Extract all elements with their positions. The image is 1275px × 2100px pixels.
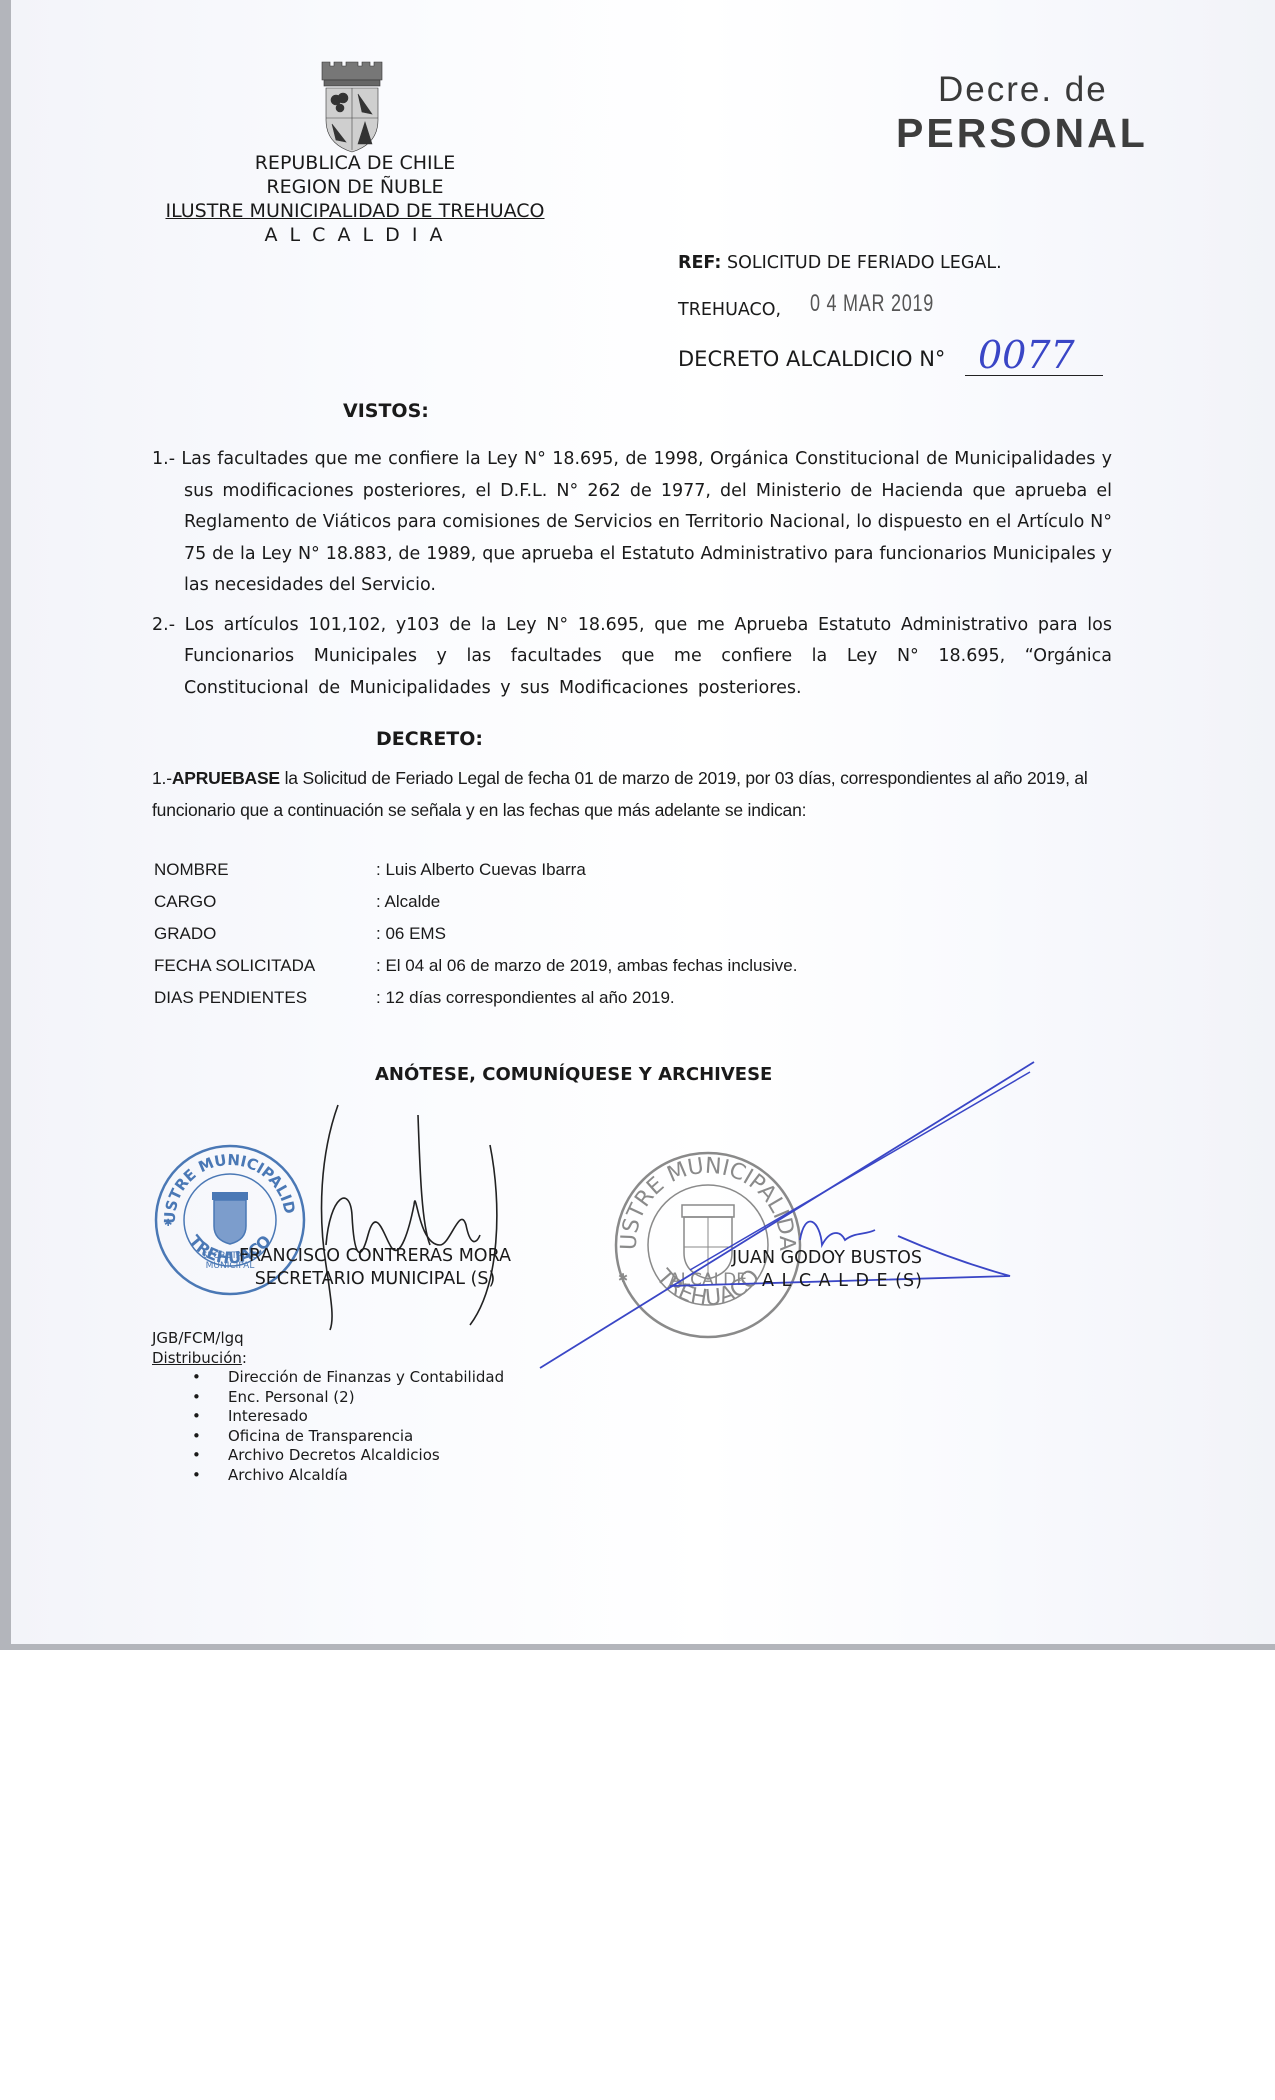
details-row: FECHA SOLICITADA : El 04 al 06 de marzo … <box>154 956 797 988</box>
details-value: : 06 EMS <box>376 924 446 956</box>
distribution-item: Dirección de Finanzas y Contabilidad <box>192 1368 504 1388</box>
details-value: : El 04 al 06 de marzo de 2019, ambas fe… <box>376 956 797 988</box>
distribution-list: Dirección de Finanzas y Contabilidad Enc… <box>152 1368 504 1486</box>
decreto-item-prefix: 1.- <box>152 768 172 788</box>
decreto-item-text: la Solicitud de Feriado Legal de fecha 0… <box>152 768 1088 820</box>
vistos-item-1: 1.- Las facultades que me confiere la Le… <box>152 444 1112 602</box>
details-label: CARGO <box>154 892 376 924</box>
details-value: : Alcalde <box>376 892 440 924</box>
header-municipality: ILUSTRE MUNICIPALIDAD DE TREHUACO <box>160 199 550 223</box>
ref-label: REF: <box>678 253 721 273</box>
mayor-signature <box>530 1050 1070 1380</box>
secretary-name: FRANCISCO CONTRERAS MORA <box>235 1245 515 1268</box>
details-label: NOMBRE <box>154 860 376 892</box>
decreto-item-1: 1.-APRUEBASE la Solicitud de Feriado Leg… <box>152 763 1112 826</box>
details-value: : 12 días correspondientes al año 2019. <box>376 988 675 1020</box>
distribution-item: Archivo Decretos Alcaldicios <box>192 1446 504 1466</box>
mayor-name: JUAN GODOY BUSTOS <box>732 1247 922 1270</box>
details-row: GRADO : 06 EMS <box>154 924 797 956</box>
header-country: REPUBLICA DE CHILE <box>160 151 550 175</box>
stamp-line-1: Decre. de <box>938 70 1108 110</box>
distribution-item: Interesado <box>192 1407 504 1427</box>
details-label: GRADO <box>154 924 376 956</box>
secretary-signature <box>290 1095 520 1335</box>
decreto-item-keyword: APRUEBASE <box>172 768 280 788</box>
details-label: DIAS PENDIENTES <box>154 988 376 1020</box>
distribution-item: Archivo Alcaldía <box>192 1466 504 1486</box>
decree-number-label: DECRETO ALCALDICIO N° <box>678 347 945 371</box>
header-region: REGION DE ÑUBLE <box>160 175 550 199</box>
details-row: DIAS PENDIENTES : 12 días correspondient… <box>154 988 797 1020</box>
details-label: FECHA SOLICITADA <box>154 956 376 988</box>
mayor-title: A L C A L D E (S) <box>762 1270 923 1293</box>
vistos-heading: VISTOS: <box>343 400 429 422</box>
initials: JGB/FCM/lgq <box>152 1328 504 1348</box>
distribution-block: JGB/FCM/lgq Distribución: Dirección de F… <box>152 1328 504 1486</box>
details-table: NOMBRE : Luis Alberto Cuevas Ibarra CARG… <box>154 860 797 1020</box>
stamp-line-2: PERSONAL <box>896 110 1148 157</box>
details-row: NOMBRE : Luis Alberto Cuevas Ibarra <box>154 860 797 892</box>
details-row: CARGO : Alcalde <box>154 892 797 924</box>
municipal-crest-icon <box>316 58 388 154</box>
distribution-label: Distribución <box>152 1349 242 1367</box>
ref-text: SOLICITUD DE FERIADO LEGAL. <box>727 253 1002 273</box>
details-value: : Luis Alberto Cuevas Ibarra <box>376 860 586 892</box>
distribution-item: Enc. Personal (2) <box>192 1388 504 1408</box>
vistos-list: 1.- Las facultades que me confiere la Le… <box>152 444 1112 704</box>
ref-line: REF: SOLICITUD DE FERIADO LEGAL. <box>678 253 1002 273</box>
place-label: TREHUACO, <box>678 300 781 320</box>
date-stamp: 0 4 MAR 2019 <box>810 290 934 318</box>
header-office: A L C A L D I A <box>160 223 550 247</box>
svg-text:✱: ✱ <box>164 1218 172 1229</box>
vistos-item-2: 2.- Los artículos 101,102, y103 de la Le… <box>152 610 1112 705</box>
decree-number-value: 0077 <box>978 333 1075 377</box>
distribution-item: Oficina de Transparencia <box>192 1427 504 1447</box>
decreto-heading: DECRETO: <box>376 728 483 750</box>
secretary-title: SECRETARIO MUNICIPAL (S) <box>235 1268 515 1291</box>
